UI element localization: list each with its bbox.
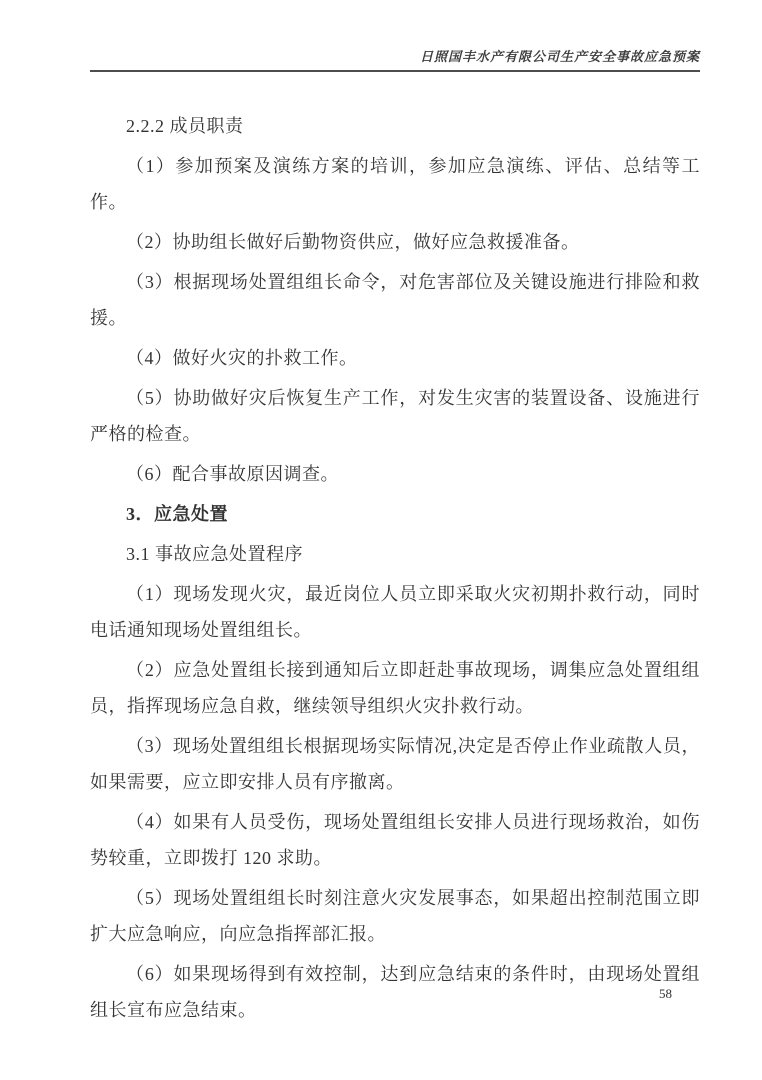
body-paragraph: （4）如果有人员受伤，现场处置组组长安排人员进行现场救治，如伤势较重，立即拨打 … <box>90 804 700 876</box>
document-page: 日照国丰水产有限公司生产安全事故应急预案 2.2.2 成员职责 （1）参加预案及… <box>0 0 762 1080</box>
body-paragraph: （5）协助做好灾后恢复生产工作，对发生灾害的装置设备、设施进行严格的检查。 <box>90 380 700 452</box>
body-paragraph: （4）做好火灾的扑救工作。 <box>90 340 700 376</box>
body-paragraph: （6）配合事故原因调查。 <box>90 456 700 492</box>
body-paragraph: （1）现场发现火灾，最近岗位人员立即采取火灾初期扑救行动，同时电话通知现场处置组… <box>90 576 700 648</box>
body-paragraph: （3）现场处置组组长根据现场实际情况,决定是否停止作业疏散人员，如果需要，应立即… <box>90 728 700 800</box>
body-paragraph: （5）现场处置组组长时刻注意火灾发展事态，如果超出控制范围立即扩大应急响应，向应… <box>90 880 700 952</box>
section-heading-members-duties: 2.2.2 成员职责 <box>90 108 700 144</box>
body-paragraph: （2）应急处置组长接到通知后立即赶赴事故现场，调集应急处置组组员，指挥现场应急自… <box>90 652 700 724</box>
body-paragraph: （3）根据现场处置组组长命令，对危害部位及关键设施进行排险和救援。 <box>90 264 700 336</box>
body-paragraph: （2）协助组长做好后勤物资供应，做好应急救援准备。 <box>90 224 700 260</box>
section-heading-emergency-response: 3．应急处置 <box>90 496 700 532</box>
header-title: 日照国丰水产有限公司生产安全事故应急预案 <box>90 46 700 65</box>
page-header: 日照国丰水产有限公司生产安全事故应急预案 <box>90 0 700 72</box>
page-number: 58 <box>90 986 700 1002</box>
document-body: 2.2.2 成员职责 （1）参加预案及演练方案的培训，参加应急演练、评估、总结等… <box>90 70 700 1032</box>
section-heading-response-procedure: 3.1 事故应急处置程序 <box>90 536 700 572</box>
body-paragraph: （1）参加预案及演练方案的培训，参加应急演练、评估、总结等工作。 <box>90 148 700 220</box>
